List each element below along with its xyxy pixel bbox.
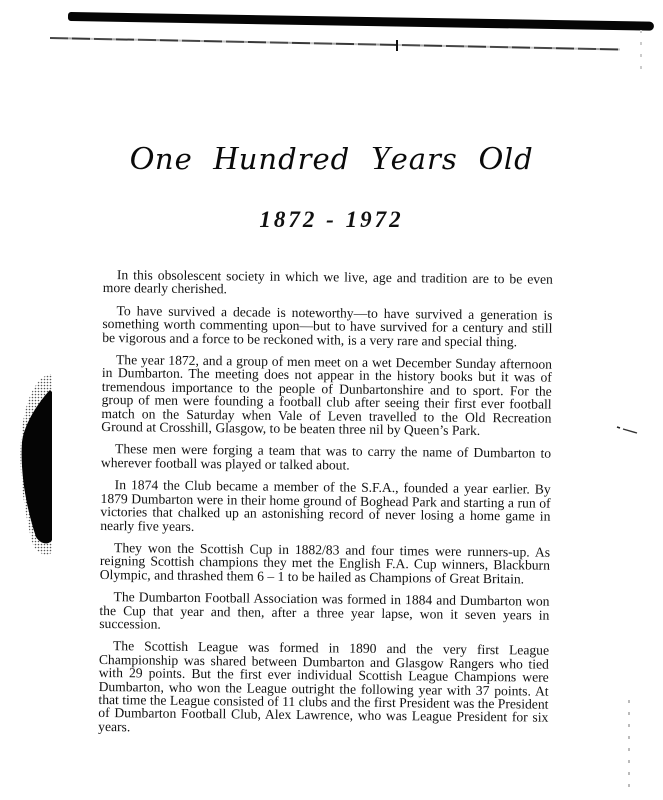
scan-stray-mark (616, 426, 638, 434)
paragraph: To have survived a decade is noteworthy—… (102, 304, 552, 349)
paragraph: The Scottish League was formed in 1890 a… (98, 639, 549, 738)
scan-top-rule (50, 37, 620, 50)
page-subtitle-years: 1872 - 1972 (0, 207, 663, 233)
scan-edge-specks (640, 30, 642, 70)
scan-shadow-smudge (10, 372, 52, 560)
paragraph: The year 1872, and a group of men meet o… (101, 353, 552, 438)
title-word: Years (371, 142, 458, 176)
paragraph: These men were forging a team that was t… (101, 442, 551, 474)
paragraph: In 1874 the Club became a member of the … (100, 478, 551, 536)
paragraph: In this obsolescent society in which we … (103, 268, 553, 300)
title-word: Hundred (213, 142, 350, 176)
page-title: One Hundred Years Old (0, 140, 663, 178)
paragraph: The Dumbarton Football Association was f… (99, 590, 549, 635)
title-word: Old (478, 142, 533, 176)
scan-edge-specks (628, 700, 630, 790)
title-word: One (129, 142, 192, 176)
scan-rule-tick (396, 40, 398, 51)
article-body: In this obsolescent society in which we … (98, 268, 553, 747)
paragraph: They won the Scottish Cup in 1882/83 and… (100, 541, 550, 586)
scan-top-edge-bar (68, 12, 654, 31)
